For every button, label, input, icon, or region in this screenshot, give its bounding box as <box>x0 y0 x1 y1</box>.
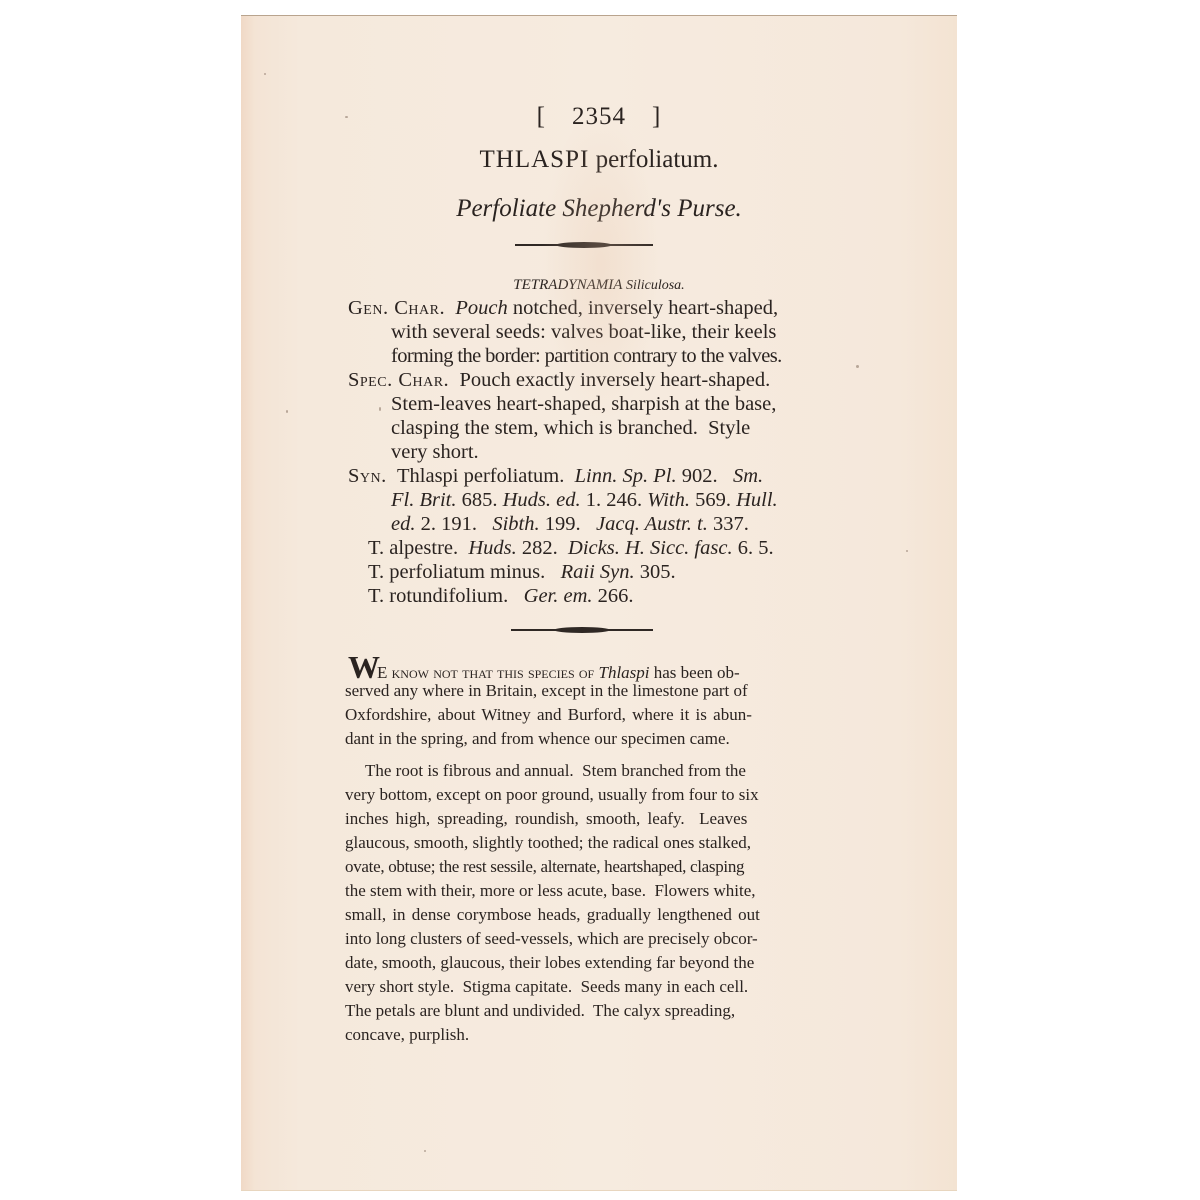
syn-num: 1. 246. <box>581 489 643 511</box>
species-epithet: perfoliatum. <box>596 146 719 173</box>
gen-char-text: notched, inversely heart-shaped, <box>508 297 778 319</box>
syn-num: 305. <box>635 561 676 583</box>
spec-char-line-4: very short. <box>391 440 479 464</box>
description-para-2-line-5: ovate, obtuse; the rest sessile, alterna… <box>345 855 744 879</box>
syn-label: Syn. <box>348 465 387 487</box>
syn-num: 266. <box>593 585 634 607</box>
syn-line-2: Fl. Brit. 685. Huds. ed. 1. 246. With. 5… <box>391 488 778 512</box>
genus-name: THLASPI <box>480 146 590 173</box>
description-para-2-line-9: date, smooth, glaucous, their lobes exte… <box>345 951 754 975</box>
spec-char-line-2: Stem-leaves heart-shaped, sharpish at th… <box>391 392 776 416</box>
description-para-2-line-8: into long clusters of seed-vessels, whic… <box>345 927 758 951</box>
synonym-alpestre: T. alpestre. Huds. 282. Dicks. H. Sicc. … <box>368 536 774 560</box>
open-bracket: [ <box>511 103 572 130</box>
syn-ref: Linn. Sp. Pl. <box>575 465 677 487</box>
gen-char-label: Gen. Char. <box>348 297 445 319</box>
syn-name: Thlaspi perfoliatum. <box>397 465 564 487</box>
description-para-2-line-2: very bottom, except on poor ground, usua… <box>345 783 759 807</box>
syn-ref: Huds. ed. <box>503 489 581 511</box>
synonym-name: T. perfoliatum minus. <box>368 561 545 583</box>
linnaean-classification: TETRADYNAMIA Siliculosa. <box>241 277 957 294</box>
syn-ref: Huds. <box>468 537 516 559</box>
spec-char-line-1: Spec. Char. Pouch exactly inversely hear… <box>348 368 770 392</box>
gen-char-line-1: Gen. Char. Pouch notched, inversely hear… <box>348 296 818 320</box>
syn-num: 282. <box>517 537 558 559</box>
syn-ref: ed. <box>391 513 415 535</box>
syn-line-3: ed. 2. 191. Sibth. 199. Jacq. Austr. t. … <box>391 512 749 536</box>
description-para-1-line-2: served any where in Britain, except in t… <box>345 679 748 703</box>
syn-num: 2. 191. <box>415 513 477 535</box>
synonym-name: T. rotundifolium. <box>368 585 508 607</box>
syn-ref: Ger. em. <box>524 585 593 607</box>
syn-ref: Jacq. Austr. t. <box>596 513 708 535</box>
description-para-1-line-3: Oxfordshire, about Witney and Burford, w… <box>345 703 752 727</box>
ornamental-rule-bottom <box>511 628 653 632</box>
syn-ref: With. <box>647 489 690 511</box>
pouch-term: Pouch <box>455 297 507 319</box>
syn-num: 337. <box>708 513 749 535</box>
syn-ref: Hull. <box>736 489 778 511</box>
syn-num: 6. 5. <box>733 537 774 559</box>
book-page: [2354] THLASPI perfoliatum. Perfoliate S… <box>241 15 957 1191</box>
description-para-2-line-4: glaucous, smooth, slightly toothed; the … <box>345 831 751 855</box>
syn-num: 199. <box>540 513 581 535</box>
description-para-2-line-11: The petals are blunt and undivided. The … <box>345 999 735 1023</box>
order-name: Siliculosa. <box>626 278 685 293</box>
syn-num: 685. <box>456 489 497 511</box>
syn-ref: Fl. Brit. <box>391 489 456 511</box>
syn-ref: Sibth. <box>492 513 539 535</box>
description-para-2-line-1: The root is fibrous and annual. Stem bra… <box>365 759 746 783</box>
ornamental-rule-top <box>515 243 653 247</box>
spec-char-line-3: clasping the stem, which is branched. St… <box>391 416 750 440</box>
synonym-rotundifolium: T. rotundifolium. Ger. em. 266. <box>368 584 634 608</box>
plate-number: [2354] <box>241 103 957 131</box>
syn-ref: Dicks. H. Sicc. fasc. <box>568 537 733 559</box>
common-name: Perfoliate Shepherd's Purse. <box>241 195 957 223</box>
description-para-2-line-6: the stem with their, more or less acute,… <box>345 879 756 903</box>
syn-line-1: Syn. Thlaspi perfoliatum. Linn. Sp. Pl. … <box>348 464 763 488</box>
description-para-2-line-3: inches high, spreading, roundish, smooth… <box>345 807 747 831</box>
syn-ref: Sm. <box>733 465 763 487</box>
plate-number-value: 2354 <box>572 103 626 130</box>
gen-char-line-2: with several seeds: valves boat-like, th… <box>391 320 776 344</box>
description-para-2-line-10: very short style. Stigma capitate. Seeds… <box>345 975 748 999</box>
species-title: THLASPI perfoliatum. <box>241 146 957 174</box>
syn-ref: Raii Syn. <box>561 561 635 583</box>
spec-char-label: Spec. Char. <box>348 369 449 391</box>
close-bracket: ] <box>626 103 687 130</box>
synonym-perfoliatum-minus: T. perfoliatum minus. Raii Syn. 305. <box>368 560 676 584</box>
description-para-2-line-12: concave, purplish. <box>345 1023 469 1047</box>
description-para-1-line-4: dant in the spring, and from whence our … <box>345 727 730 751</box>
gen-char-line-3: forming the border: partition contrary t… <box>391 344 782 368</box>
spec-char-text: Pouch exactly inversely heart-shaped. <box>459 369 770 391</box>
class-name: TETRADYNAMIA <box>513 277 622 293</box>
syn-num: 569. <box>690 489 731 511</box>
description-para-2-line-7: small, in dense corymbose heads, gradual… <box>345 903 760 927</box>
syn-num: 902. <box>677 465 718 487</box>
synonym-name: T. alpestre. <box>368 537 458 559</box>
